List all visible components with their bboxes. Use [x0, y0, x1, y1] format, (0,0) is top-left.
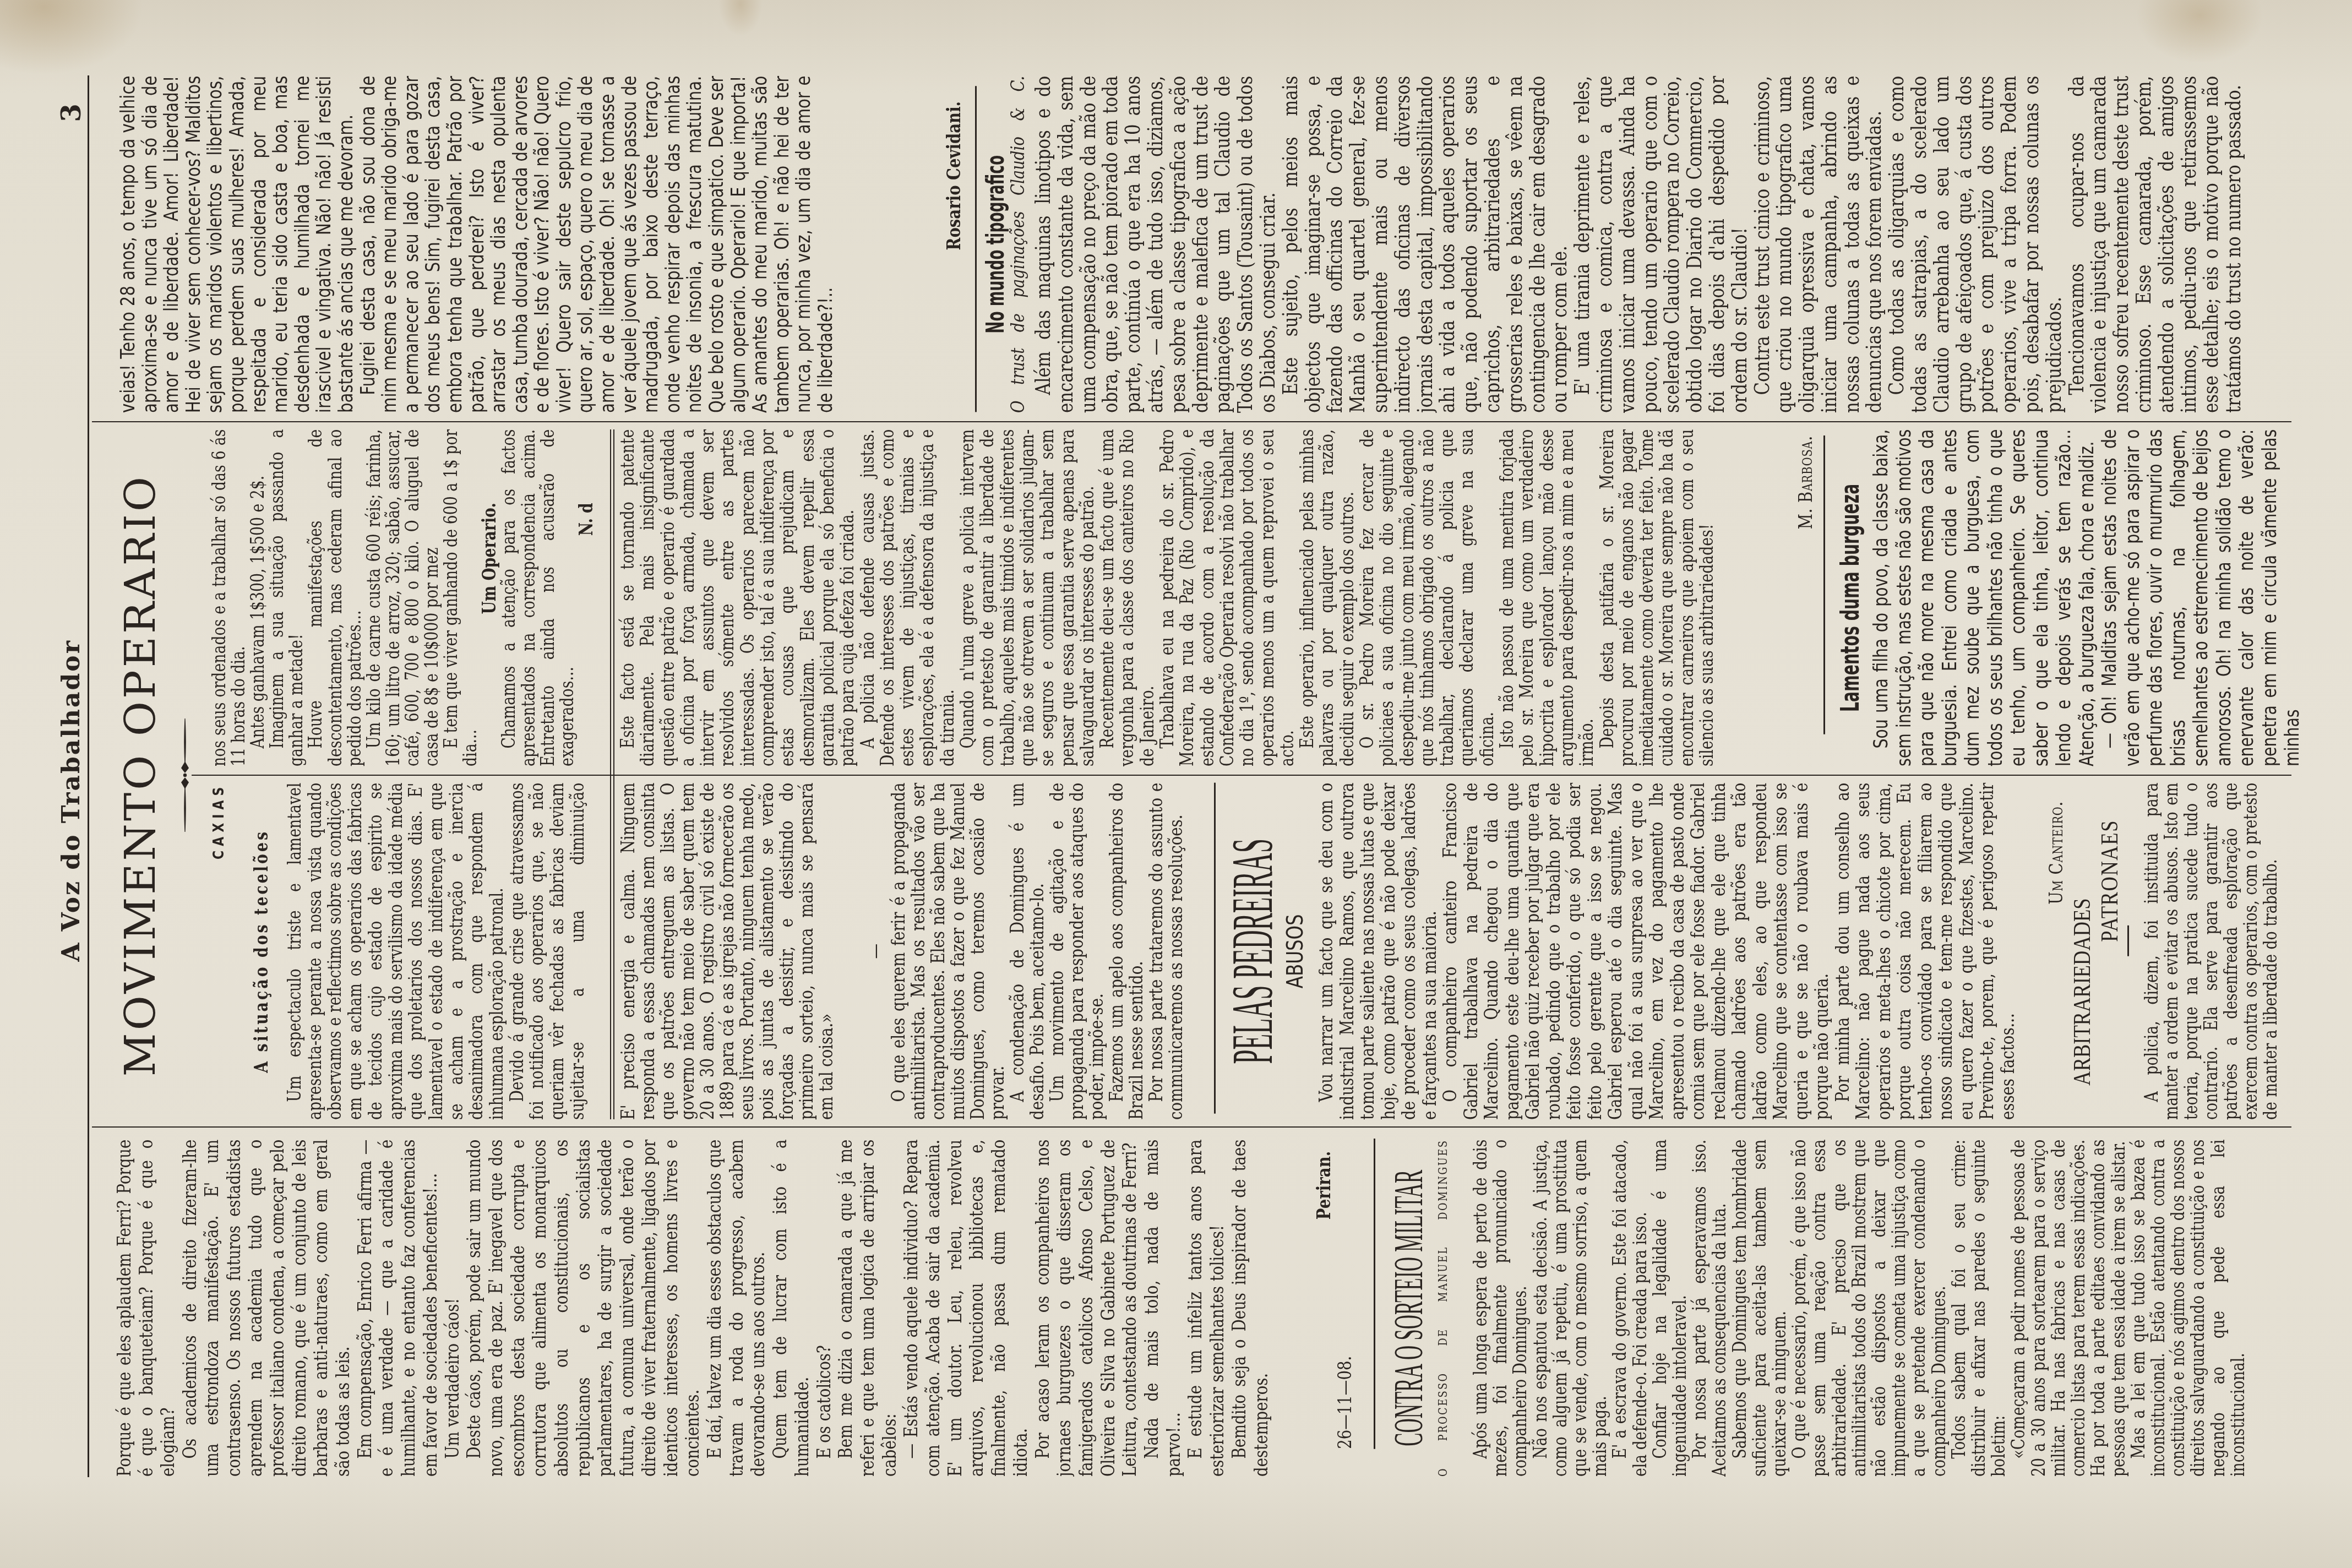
article-paragraph: O companheiro canteiro Francisco Gabriel… — [1440, 783, 1833, 1120]
article-sorteio-militar-closing: O que eles querem ferir é a propaganda a… — [889, 783, 1210, 1120]
article-paragraph: E tem que viver ganhando de 600 a 1$ por… — [441, 429, 480, 766]
article-paragraph: E' uma tirania deprimente e reles, crimi… — [1571, 76, 1750, 413]
article-paragraph: E os catolicos? — [814, 1140, 836, 1477]
column-rule-2-3 — [192, 775, 2291, 776]
article-burgueza: Sou uma filha do povo, da classe baixa, … — [1870, 429, 2341, 766]
article-paragraph: Porque é que eles aplaudem Ferri? Porque… — [114, 1140, 179, 1477]
article-paragraph: Fugirei desta casa, não sou dona de mim … — [357, 76, 837, 413]
article-paragraph: Devido á grande crise que atravessamos f… — [507, 783, 588, 1120]
article-paragraph: Após uma longa espera de perto de dois m… — [1471, 1140, 1531, 1477]
article-title-line-2: PATRONAES — [2095, 820, 2123, 942]
article-paragraph: Trabalhava eu na pedreira do sr. Pedro M… — [1157, 429, 1297, 766]
article-paragraph: Não nos espantou esta decisão. A justiça… — [1531, 1140, 1610, 1477]
article-paragraph: Os academicos de direito fizeram-lhe uma… — [179, 1140, 355, 1477]
article-paragraph: Antes ganhavam 1$300, 1$500 e 2$. — [248, 429, 267, 766]
article-ferri: Porque é que eles aplaudem Ferri? Porque… — [114, 1140, 1312, 1477]
section-separator: — — [865, 783, 885, 1120]
article-paragraph: Este sujeito, pelos meios mais objectos … — [1279, 76, 1571, 413]
article-divider — [1374, 1139, 1375, 1449]
article-paragraph: Deste cáos, porém, pode sair um mundo no… — [464, 1140, 704, 1477]
article-burgueza-continued: veias! Tenho 28 anos, o tempo da velhice… — [117, 76, 943, 413]
article-title: Lamentos duma burgueza — [1836, 484, 1864, 712]
article-arbitrariedades: A policia, dizem, foi instituida para ma… — [2142, 783, 2307, 1120]
author-signature: M. Barbosa. — [1796, 429, 1816, 766]
article-caxias: Um espectaculo triste e lamentavel apres… — [285, 783, 608, 1120]
article-paragraph: Em compensação, Enrico Ferri afirma — e … — [355, 1140, 442, 1477]
article-paragraph: Como todas as oligarquias e como todas a… — [1885, 76, 2065, 413]
column-4: veias! Tenho 28 anos, o tempo da velhice… — [0, 76, 2352, 413]
article-paragraph: E estude um infeliz tantos anos para est… — [1185, 1140, 1228, 1477]
article-title: PELAS PEDREIRAS — [1222, 839, 1283, 1064]
article-subtitle: ABUSOS — [1283, 914, 1308, 988]
editor-signature: N. d — [576, 429, 596, 766]
article-paragraph: Este operario, influenciado pelas minhas… — [1297, 429, 1357, 766]
article-paragraph: Por acaso leram os companheiros nos jorn… — [1032, 1140, 1142, 1477]
article-paragraph: Por nossa parte trataremos do assunto e … — [1146, 783, 1186, 1120]
article-paragraph: Confiar hoje na legalidade é uma ingenui… — [1650, 1140, 1690, 1477]
author-signature: Um Operario. — [480, 429, 499, 766]
article-paragraph: nos seus ordenados e a trabalhar só das … — [209, 429, 248, 766]
article-divider — [1214, 783, 1216, 1114]
author-signature: Rosario Cevidani. — [943, 76, 965, 413]
article-paragraph: «Começaram a pedir nomes de pessoas de 2… — [2008, 1140, 2128, 1477]
article-paragraph: Um kilo de carne custa 600 réis; farinha… — [364, 429, 441, 766]
article-paragraph: Vou narrar um facto que se deu com o ind… — [1316, 783, 1440, 1120]
article-paragraph: Bemdito seja o Deus inspirador de taes d… — [1229, 1140, 1272, 1477]
article-subtitle: O trust de paginações Claudio & C. — [1008, 76, 1028, 413]
article-paragraph: O sr. Pedro Moreira fez cercar de polici… — [1357, 429, 1497, 766]
article-paragraph: Por nossa parte já esperavamos isso. Ace… — [1690, 1140, 1729, 1477]
article-paragraph: Sou uma filha do povo, da classe baixa, … — [1870, 429, 2099, 766]
title-underline — [2127, 925, 2129, 956]
article-paragraph: Quem tem de lucrar com isto é a humanida… — [770, 1140, 813, 1477]
article-paragraph: Contra este trust cinico e criminoso, qu… — [1751, 76, 1886, 413]
column-rule-1-2 — [92, 1126, 2291, 1128]
article-paragraph: A condenação de Domingues é um desafio. … — [1008, 783, 1047, 1120]
article-caxias-continued: nos seus ordenados e a trabalhar só das … — [209, 429, 608, 766]
column-1: Porque é que eles aplaudem Ferri? Porque… — [0, 1140, 2352, 1477]
article-title: A situação dos tecelões — [252, 830, 271, 1073]
article-paragraph: Recentemente deu-se um facto que é uma v… — [1097, 429, 1157, 766]
author-signature: Periran. — [1313, 1140, 1335, 1477]
article-sorteio-militar-continued: E' preciso energia e calma. Ninguem resp… — [618, 783, 862, 1120]
article-paragraph: Por minha parte dou um conselho ao Marce… — [1833, 783, 2019, 1120]
article-title-line-1: ARBITRARIEDADES — [2068, 898, 2095, 1085]
article-paragraph: Fazemos um apelo aos companheiros do Bra… — [1107, 783, 1146, 1120]
article-paragraph: A policia, dizem, foi instituida para ma… — [2142, 783, 2280, 1120]
article-paragraph: E' preciso energia e calma. Ninguem resp… — [618, 783, 836, 1120]
article-paragraph: Um espectaculo triste e lamentavel apres… — [285, 783, 507, 1120]
article-sorteio-militar: Após uma longa espera de perto de dois m… — [1471, 1140, 2310, 1477]
article-paragraph: Todos sabem qual foi o seu crime: distri… — [1949, 1140, 2009, 1477]
article-paragraph: O que eles querem ferir é a propaganda a… — [889, 783, 1008, 1120]
column-2: CAXIAS A situação dos tecelões Um espect… — [0, 783, 2352, 1120]
article-paragraph: — Estás vendo aquele individuo? Repara c… — [901, 1140, 1032, 1477]
article-paragraph: Sabemos que Domingues tem hombridade suf… — [1730, 1140, 1790, 1477]
article-paragraph: A policia não defende causas justas. Def… — [858, 429, 957, 766]
article-paragraph: E' a escrava do governo. Este foi atacad… — [1610, 1140, 1649, 1477]
article-paragraph: Quando n'uma greve a policia intervem co… — [957, 429, 1097, 766]
column-3: nos seus ordenados e a trabalhar só das … — [0, 429, 2352, 766]
article-paragraph: Um verdadeiro cáos! — [442, 1140, 464, 1477]
article-arbitrariedades-continued: Este facto está se tornando patente diar… — [618, 429, 1796, 766]
article-subtitle: O PROCESSO DE MANUEL DOMINGUES — [1435, 1140, 1452, 1477]
article-paragraph: Depois desta patifaria o sr. Moreira pro… — [1597, 429, 1717, 766]
article-paragraph: Este facto está se tornando patente diar… — [618, 429, 858, 766]
editor-note: Chamamos a atenção para os factos aprese… — [499, 429, 576, 766]
author-signature: Um Canteiro. — [2046, 783, 2067, 1120]
article-divider — [1823, 435, 1825, 734]
article-date: 26—11—08. — [1334, 1140, 1356, 1477]
article-tipografico: Além das maquinas linotipos e do encarec… — [1032, 76, 2315, 413]
article-paragraph: E daí, talvez um dia esses obstaculos qu… — [704, 1140, 770, 1477]
article-paragraph: Imaginem a sua situação passando a ganha… — [267, 429, 306, 766]
article-paragraph: Além das maquinas linotipos e do encarec… — [1032, 76, 1279, 413]
article-paragraph: Isto não passou de uma mentira forjada p… — [1497, 429, 1597, 766]
article-pedreiras: Vou narrar um facto que se deu com o ind… — [1316, 783, 2042, 1120]
article-paragraph: Bem me dizia o camarada a que já me refe… — [835, 1140, 901, 1477]
article-paragraph: Houve manifestações de descontentamento,… — [306, 429, 363, 766]
article-dateline: CAXIAS — [211, 783, 227, 1120]
article-divider — [975, 86, 977, 412]
article-paragraph: — Oh! Malditas sejam estas noites de ver… — [2099, 429, 2305, 766]
article-title: CONTRA O SORTEIO MILITAR — [1387, 1170, 1431, 1446]
article-paragraph: Nada de mais tolo, nada de mais parvo!..… — [1141, 1140, 1185, 1477]
article-paragraph: O que é necessario, porém, é que isso nã… — [1789, 1140, 1949, 1477]
article-paragraph: veias! Tenho 28 anos, o tempo da velhice… — [117, 76, 357, 413]
article-paragraph: Tencionavamos ocupar-nos da violencia e … — [2065, 76, 2245, 413]
newspaper-page: 3 A Voz do Trabalhador MOVIMENTO OPERARI… — [0, 0, 2352, 1568]
article-title: No mundo tipografico — [983, 155, 1009, 334]
column-rule-3-4 — [92, 421, 2291, 422]
article-paragraph: Um movimento de agitação e de propaganda… — [1047, 783, 1107, 1120]
article-paragraph: Mas a lei em que tudo isso se bazea é in… — [2128, 1140, 2248, 1477]
